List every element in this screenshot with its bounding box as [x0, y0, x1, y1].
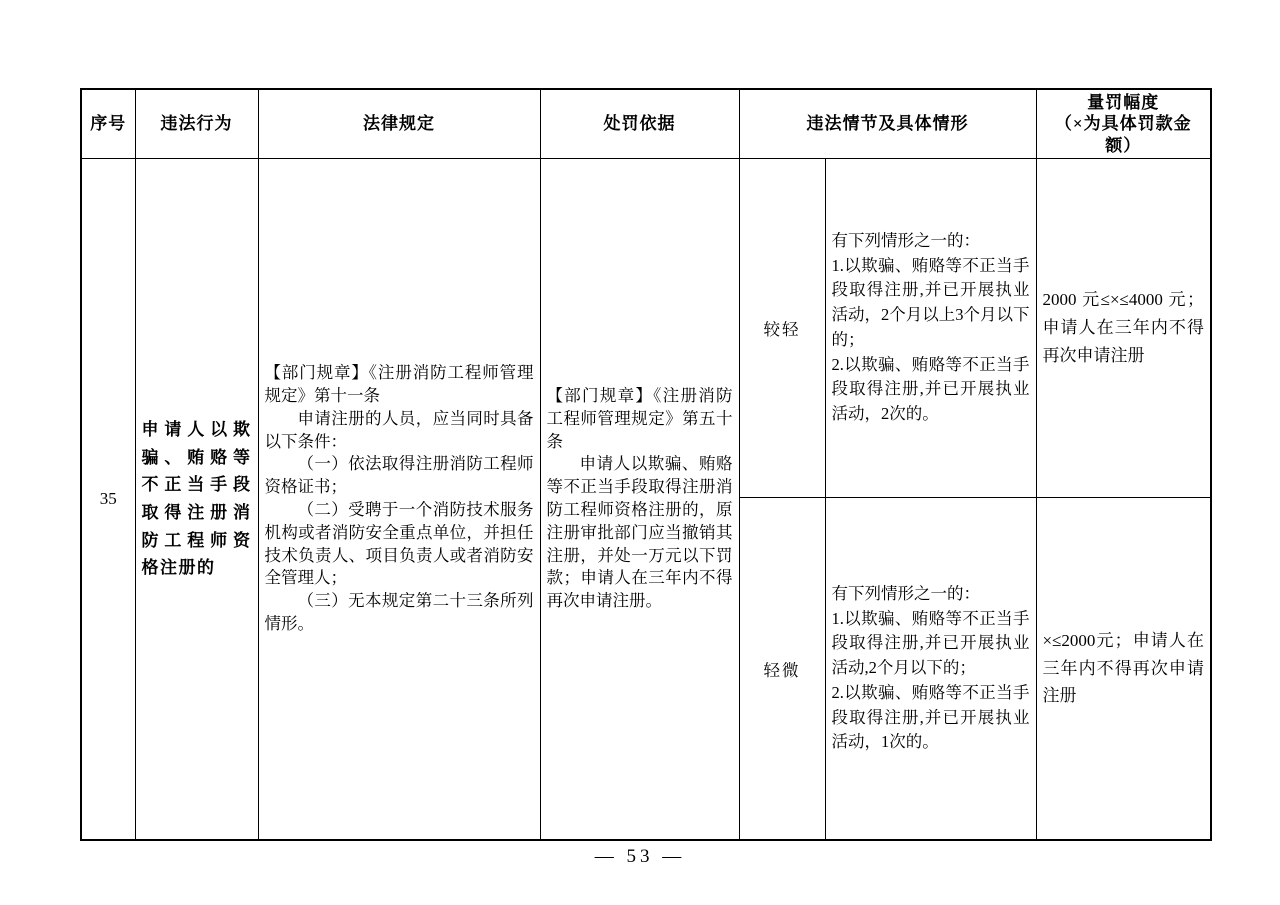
severity-cell-lighter: 较轻	[739, 158, 825, 497]
illegal-behavior-cell: 申请人以欺骗、贿赂等不正当手段取得注册消防工程师资格注册的	[135, 158, 258, 840]
circumstance-detail-cell: 有下列情形之一的： 1.以欺骗、贿赂等不正当手段取得注册,并已开展执业活动,2个…	[825, 497, 1036, 840]
basis-paragraph: 申请人以欺骗、贿赂等不正当手段取得注册消防工程师资格注册的，原注册审批部门应当撤…	[547, 453, 733, 612]
header-penalty-range-line1: 量罚幅度	[1043, 92, 1205, 113]
penalty-range-cell: ×≤2000元；申请人在三年内不得再次申请注册	[1036, 497, 1211, 840]
header-penalty-range-line2: （×为具体罚款金额）	[1043, 113, 1205, 156]
detail-line: 2.以欺骗、贿赂等不正当手段取得注册,并已开展执业活动，2次的。	[832, 353, 1030, 427]
header-penalty-range: 量罚幅度 （×为具体罚款金额）	[1036, 89, 1211, 158]
penalty-table: 序号 违法行为 法律规定 处罚依据 违法情节及具体情形 量罚幅度 （×为具体罚款…	[80, 88, 1212, 841]
legal-provision-cell: 【部门规章】《注册消防工程师管理规定》第十一条 申请注册的人员，应当同时具备以下…	[258, 158, 540, 840]
document-page: 序号 违法行为 法律规定 处罚依据 违法情节及具体情形 量罚幅度 （×为具体罚款…	[0, 0, 1280, 905]
severity-cell-minor: 轻微	[739, 497, 825, 840]
header-penalty-basis: 处罚依据	[540, 89, 739, 158]
detail-line: 有下列情形之一的：	[832, 229, 1030, 254]
law-paragraph: （一）依法取得注册消防工程师资格证书；	[265, 453, 534, 499]
law-paragraph: （二）受聘于一个消防技术服务机构或者消防安全重点单位，并担任技术负责人、项目负责…	[265, 499, 534, 590]
penalty-range-cell: 2000 元≤×≤4000 元；申请人在三年内不得再次申请注册	[1036, 158, 1211, 497]
detail-line: 1.以欺骗、贿赂等不正当手段取得注册,并已开展执业活动，2个月以上3个月以下的；	[832, 254, 1030, 353]
law-paragraph: 【部门规章】《注册消防工程师管理规定》第十一条	[265, 362, 534, 408]
serial-number-cell: 35	[81, 158, 135, 840]
penalty-text: 2000 元≤×≤4000 元；申请人在三年内不得再次申请注册	[1043, 286, 1205, 369]
header-illegal-behavior: 违法行为	[135, 89, 258, 158]
table-row: 35 申请人以欺骗、贿赂等不正当手段取得注册消防工程师资格注册的 【部门规章】《…	[81, 158, 1211, 497]
circumstance-detail-cell: 有下列情形之一的： 1.以欺骗、贿赂等不正当手段取得注册,并已开展执业活动，2个…	[825, 158, 1036, 497]
detail-line: 1.以欺骗、贿赂等不正当手段取得注册,并已开展执业活动,2个月以下的；	[832, 607, 1030, 681]
penalty-text: ×≤2000元；申请人在三年内不得再次申请注册	[1043, 627, 1205, 710]
basis-paragraph: 【部门规章】《注册消防工程师管理规定》第五十条	[547, 385, 733, 453]
detail-line: 有下列情形之一的：	[832, 582, 1030, 607]
page-number: — 53 —	[0, 846, 1280, 868]
detail-line: 2.以欺骗、贿赂等不正当手段取得注册,并已开展执业活动，1次的。	[832, 681, 1030, 755]
law-paragraph: （三）无本规定第二十三条所列情形。	[265, 590, 534, 636]
header-circumstances: 违法情节及具体情形	[739, 89, 1036, 158]
penalty-basis-cell: 【部门规章】《注册消防工程师管理规定》第五十条 申请人以欺骗、贿赂等不正当手段取…	[540, 158, 739, 840]
law-paragraph: 申请注册的人员，应当同时具备以下条件：	[265, 408, 534, 454]
header-serial-number: 序号	[81, 89, 135, 158]
header-legal-provision: 法律规定	[258, 89, 540, 158]
table-header-row: 序号 违法行为 法律规定 处罚依据 违法情节及具体情形 量罚幅度 （×为具体罚款…	[81, 89, 1211, 158]
